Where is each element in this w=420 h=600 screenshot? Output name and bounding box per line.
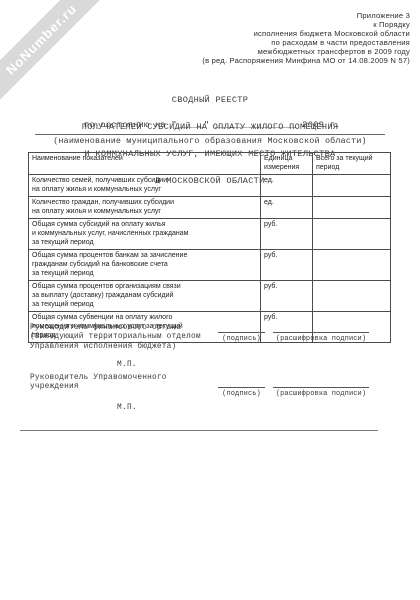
signature-caption: (подпись) bbox=[218, 335, 265, 343]
value-cell bbox=[313, 250, 391, 281]
unit-cell: руб. bbox=[261, 219, 313, 250]
table-header-row: Наименование показателей Единица измерен… bbox=[29, 153, 391, 175]
signature-field: (подпись) bbox=[218, 332, 265, 343]
municipality-caption: (наименование муниципального образования… bbox=[0, 136, 420, 146]
signature-fields: (подпись) (расшифровка подписи) bbox=[218, 387, 369, 398]
appendix-note: Приложение 3 к Порядку исполнения бюджет… bbox=[202, 11, 410, 65]
indicator-cell: Общая сумма процентов организациям связи… bbox=[29, 281, 261, 312]
value-cell bbox=[313, 197, 391, 219]
appendix-note-line: по расходам в части предоставления bbox=[202, 38, 410, 47]
header-unit: Единица измерения bbox=[261, 153, 313, 175]
bottom-divider bbox=[20, 430, 378, 431]
name-field: (расшифровка подписи) bbox=[273, 387, 369, 398]
value-cell bbox=[313, 175, 391, 197]
signature-fields: (подпись) (расшифровка подписи) bbox=[218, 332, 369, 343]
signature-caption: (подпись) bbox=[218, 390, 265, 398]
value-cell bbox=[313, 281, 391, 312]
name-caption: (расшифровка подписи) bbox=[273, 335, 369, 343]
seal-mark: М.П. bbox=[117, 404, 137, 412]
signature-field: (подпись) bbox=[218, 387, 265, 398]
subsidy-register-table: Наименование показателей Единица измерен… bbox=[28, 152, 391, 343]
title-line: СВОДНЫЙ РЕЕСТР bbox=[0, 96, 420, 105]
indicator-cell: Общая сумма процентов банкам за зачислен… bbox=[29, 250, 261, 281]
document-page: NoNumber.ru Приложение 3 к Порядку испол… bbox=[0, 0, 420, 600]
name-field: (расшифровка подписи) bbox=[273, 332, 369, 343]
signature-block-finance-head: Руководитель финансового органа (Заведую… bbox=[30, 324, 410, 374]
unit-cell: ед. bbox=[261, 197, 313, 219]
header-total: Всего за текущий период bbox=[313, 153, 391, 175]
table-row: Общая сумма субсидий на оплату жилья и к… bbox=[29, 219, 391, 250]
unit-cell: руб. bbox=[261, 281, 313, 312]
as-of-date-line: по состоянию на "_____" _______________ … bbox=[84, 120, 340, 130]
appendix-note-line: к Порядку bbox=[202, 20, 410, 29]
watermark-text: NoNumber.ru bbox=[3, 1, 80, 78]
unit-cell: руб. bbox=[261, 250, 313, 281]
appendix-note-line: межбюджетных трансфертов в 2009 году bbox=[202, 47, 410, 56]
table-row: Количество семей, получивших субсидии на… bbox=[29, 175, 391, 197]
appendix-note-line: исполнения бюджета Московской области bbox=[202, 29, 410, 38]
appendix-note-line: (в ред. Распоряжения Минфина МО от 14.08… bbox=[202, 56, 410, 65]
header-indicator: Наименование показателей bbox=[29, 153, 261, 175]
indicator-cell: Количество семей, получивших субсидии на… bbox=[29, 175, 261, 197]
seal-mark: М.П. bbox=[117, 361, 137, 369]
indicator-cell: Общая сумма субсидий на оплату жилья и к… bbox=[29, 219, 261, 250]
name-caption: (расшифровка подписи) bbox=[273, 390, 369, 398]
municipality-fill-line bbox=[35, 134, 385, 135]
table-row: Количество граждан, получивших субсидии … bbox=[29, 197, 391, 219]
table-row: Общая сумма процентов организациям связи… bbox=[29, 281, 391, 312]
unit-cell: ед. bbox=[261, 175, 313, 197]
value-cell bbox=[313, 219, 391, 250]
table-row: Общая сумма процентов банкам за зачислен… bbox=[29, 250, 391, 281]
appendix-note-line: Приложение 3 bbox=[202, 11, 410, 20]
signature-block-authorized-head: Руководитель Управомоченного учреждения … bbox=[30, 374, 410, 424]
indicator-cell: Количество граждан, получивших субсидии … bbox=[29, 197, 261, 219]
